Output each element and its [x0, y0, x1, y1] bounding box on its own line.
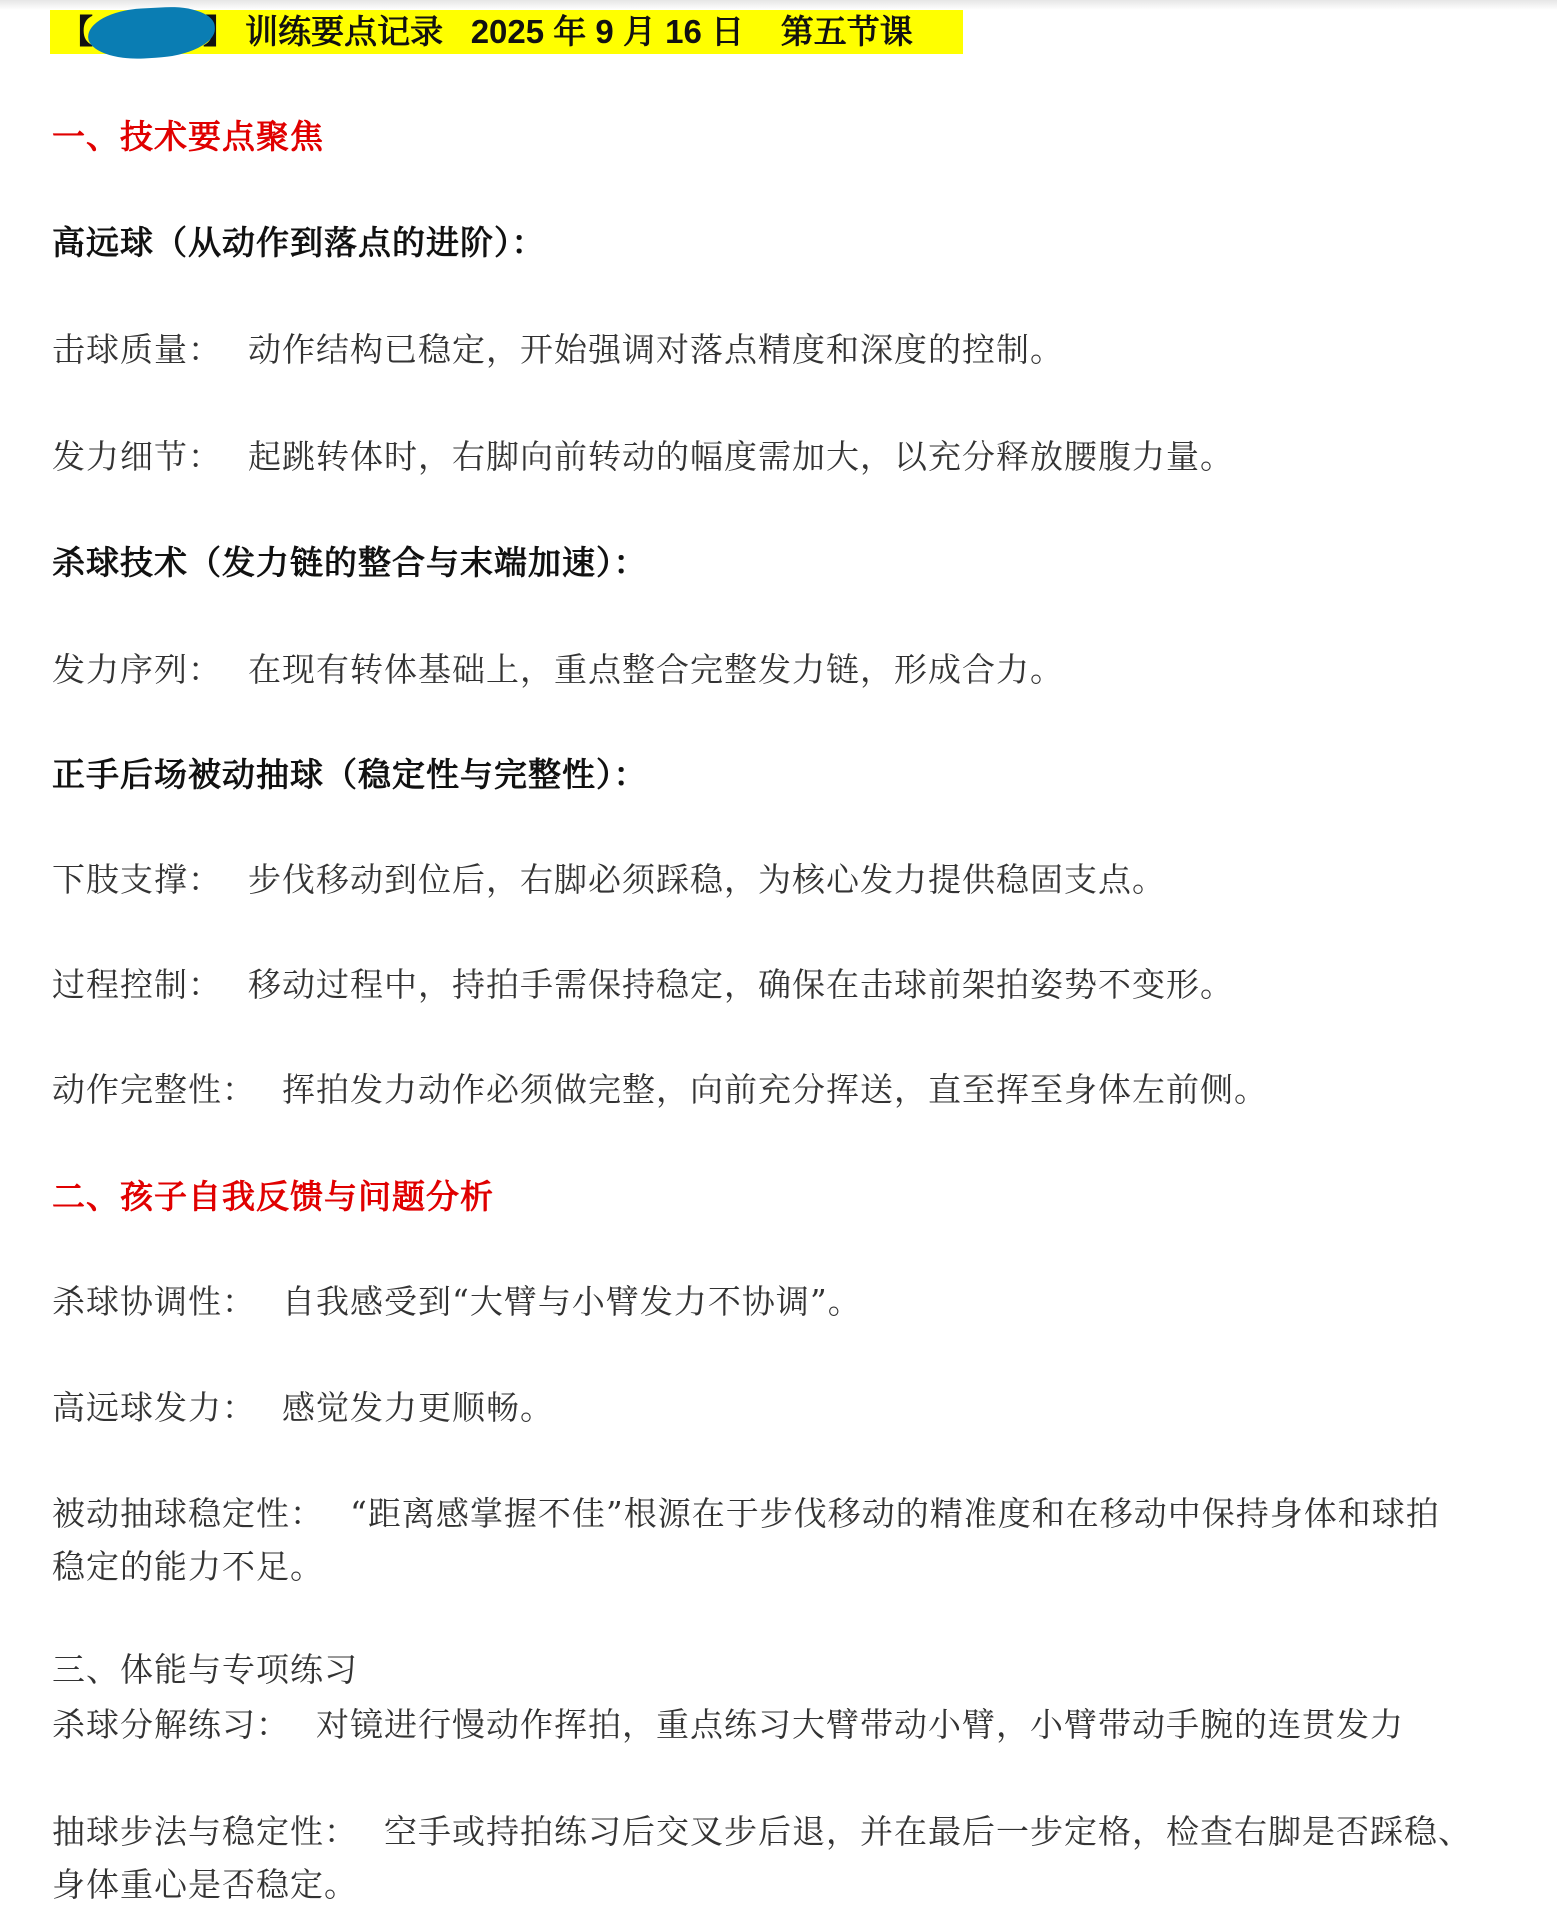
section-heading-technique: 一、技术要点聚焦 [52, 117, 324, 157]
item-value: 感觉发力更顺畅。 [282, 1388, 554, 1428]
item-value: 移动过程中，持拍手需保持稳定，确保在击球前架拍姿势不变形。 [248, 965, 1234, 1005]
item-label: 抽球步法与稳定性： [52, 1805, 358, 1858]
list-item: 发力序列：在现有转体基础上，重点整合完整发力链，形成合力。 [52, 650, 1064, 690]
item-value: 起跳转体时，右脚向前转动的幅度需加大，以充分释放腰腹力量。 [248, 437, 1234, 477]
list-item: 发力细节：起跳转体时，右脚向前转动的幅度需加大，以充分释放腰腹力量。 [52, 437, 1234, 477]
list-item: 杀球协调性：自我感受到“大臂与小臂发力不协调”。 [52, 1282, 862, 1322]
list-item: 高远球发力：感觉发力更顺畅。 [52, 1388, 554, 1428]
group-title-forehand-drive: 正手后场被动抽球（稳定性与完整性）： [52, 755, 648, 795]
top-shadow [0, 0, 1557, 10]
item-label: 杀球协调性： [52, 1282, 256, 1322]
item-value: 自我感受到“大臂与小臂发力不协调”。 [282, 1282, 862, 1322]
section-heading-training: 三、体能与专项练习 [52, 1650, 358, 1690]
item-value: 步伐移动到位后，右脚必须踩稳，为核心发力提供稳固支点。 [248, 860, 1166, 900]
item-label: 发力细节： [52, 437, 222, 477]
item-label: 下肢支撑： [52, 860, 222, 900]
item-label: 被动抽球稳定性： [52, 1487, 324, 1540]
list-item: 抽球步法与稳定性：空手或持拍练习后交叉步后退，并在最后一步定格，检查右脚是否踩稳… [52, 1805, 1472, 1911]
item-label: 发力序列： [52, 650, 222, 690]
item-label: 动作完整性： [52, 1070, 256, 1110]
item-label: 击球质量： [52, 330, 222, 370]
item-label: 过程控制： [52, 965, 222, 1005]
item-value: 挥拍发力动作必须做完整，向前充分挥送，直至挥至身体左前侧。 [282, 1070, 1268, 1110]
list-item: 击球质量：动作结构已稳定，开始强调对落点精度和深度的控制。 [52, 330, 1064, 370]
list-item: 下肢支撑：步伐移动到位后，右脚必须踩稳，为核心发力提供稳固支点。 [52, 860, 1166, 900]
section-heading-feedback: 二、孩子自我反馈与问题分析 [52, 1177, 494, 1217]
item-value: 对镜进行慢动作挥拍，重点练习大臂带动小臂，小臂带动手腕的连贯发力 [316, 1705, 1404, 1745]
list-item: 动作完整性：挥拍发力动作必须做完整，向前充分挥送，直至挥至身体左前侧。 [52, 1070, 1268, 1110]
item-value: 在现有转体基础上，重点整合完整发力链，形成合力。 [248, 650, 1064, 690]
list-item: 被动抽球稳定性：“距离感掌握不佳”根源在于步伐移动的精准度和在移动中保持身体和球… [52, 1487, 1472, 1593]
title-label: 训练要点记录 [245, 13, 443, 50]
item-label: 杀球分解练习： [52, 1705, 290, 1745]
item-label: 高远球发力： [52, 1388, 256, 1428]
session-label: 第五节课 [781, 13, 913, 50]
list-item: 杀球分解练习：对镜进行慢动作挥拍，重点练习大臂带动小臂，小臂带动手腕的连贯发力 [52, 1705, 1404, 1745]
group-title-smash: 杀球技术（发力链的整合与末端加速）： [52, 543, 648, 583]
list-item: 过程控制：移动过程中，持拍手需保持稳定，确保在击球前架拍姿势不变形。 [52, 965, 1234, 1005]
item-value: 动作结构已稳定，开始强调对落点精度和深度的控制。 [248, 330, 1064, 370]
date: 2025 年 9 月 16 日 [471, 13, 744, 50]
group-title-clear: 高远球（从动作到落点的进阶）： [52, 223, 546, 263]
